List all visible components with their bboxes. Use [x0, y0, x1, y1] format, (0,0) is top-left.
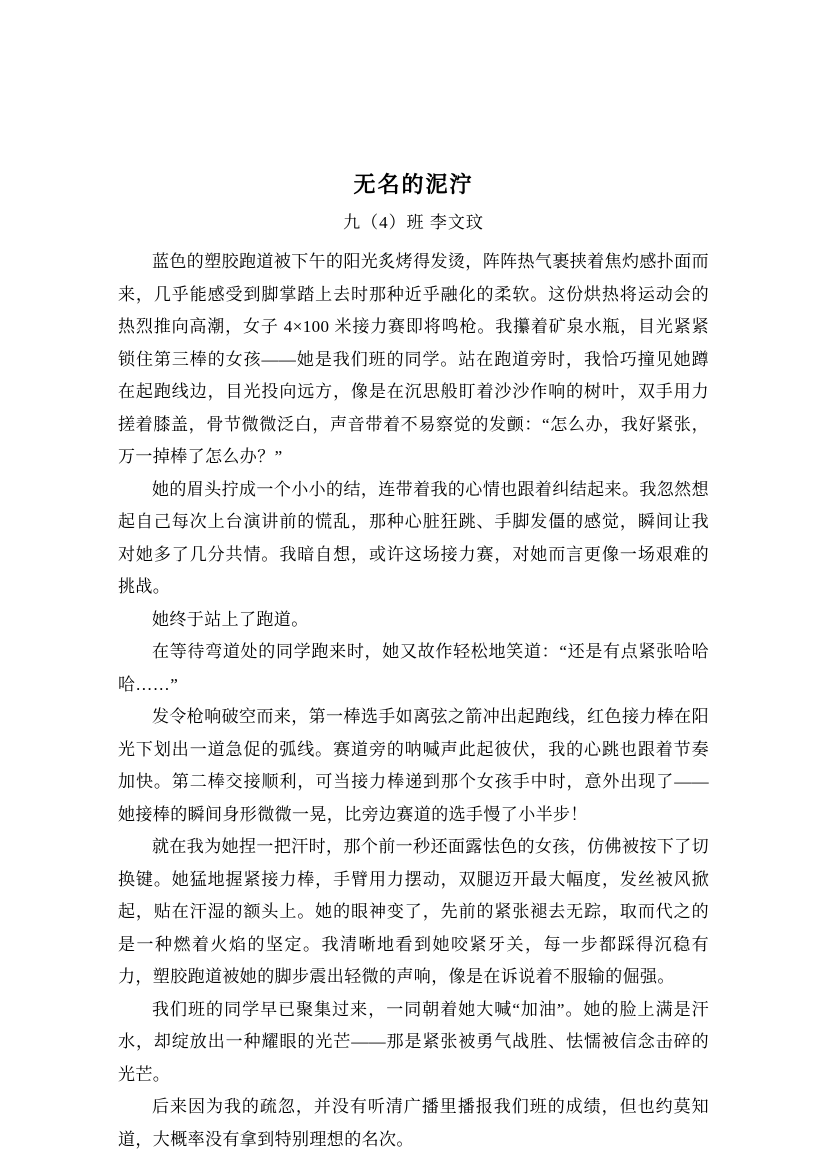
paragraph: 她终于站上了跑道。: [118, 604, 709, 637]
essay-byline: 九（4）班 李文玟: [118, 210, 709, 236]
essay-body: 蓝色的塑胶跑道被下午的阳光炙烤得发烫，阵阵热气裹挟着焦灼感扑面而来，几乎能感受到…: [118, 246, 709, 1156]
paragraph: 后来因为我的疏忽，并没有听清广播里播报我们班的成绩，但也约莫知道，大概率没有拿到…: [118, 1091, 709, 1156]
paragraph: 她的眉头拧成一个小小的结，连带着我的心情也跟着纠结起来。我忽然想起自己每次上台演…: [118, 474, 709, 604]
document-page: 无名的泥泞 九（4）班 李文玟 蓝色的塑胶跑道被下午的阳光炙烤得发烫，阵阵热气裹…: [0, 0, 827, 1170]
paragraph: 蓝色的塑胶跑道被下午的阳光炙烤得发烫，阵阵热气裹挟着焦灼感扑面而来，几乎能感受到…: [118, 246, 709, 474]
paragraph: 就在我为她捏一把汗时，那个前一秒还面露怯色的女孩，仿佛被按下了切换键。她猛地握紧…: [118, 831, 709, 994]
paragraph: 在等待弯道处的同学跑来时，她又故作轻松地笑道：“还是有点紧张哈哈哈……”: [118, 636, 709, 701]
essay-title: 无名的泥泞: [118, 172, 709, 198]
paragraph: 发令枪响破空而来，第一棒选手如离弦之箭冲出起跑线，红色接力棒在阳光下划出一道急促…: [118, 701, 709, 831]
paragraph: 我们班的同学早已聚集过来，一同朝着她大喊“加油”。她的脸上满是汗水，却绽放出一种…: [118, 994, 709, 1092]
